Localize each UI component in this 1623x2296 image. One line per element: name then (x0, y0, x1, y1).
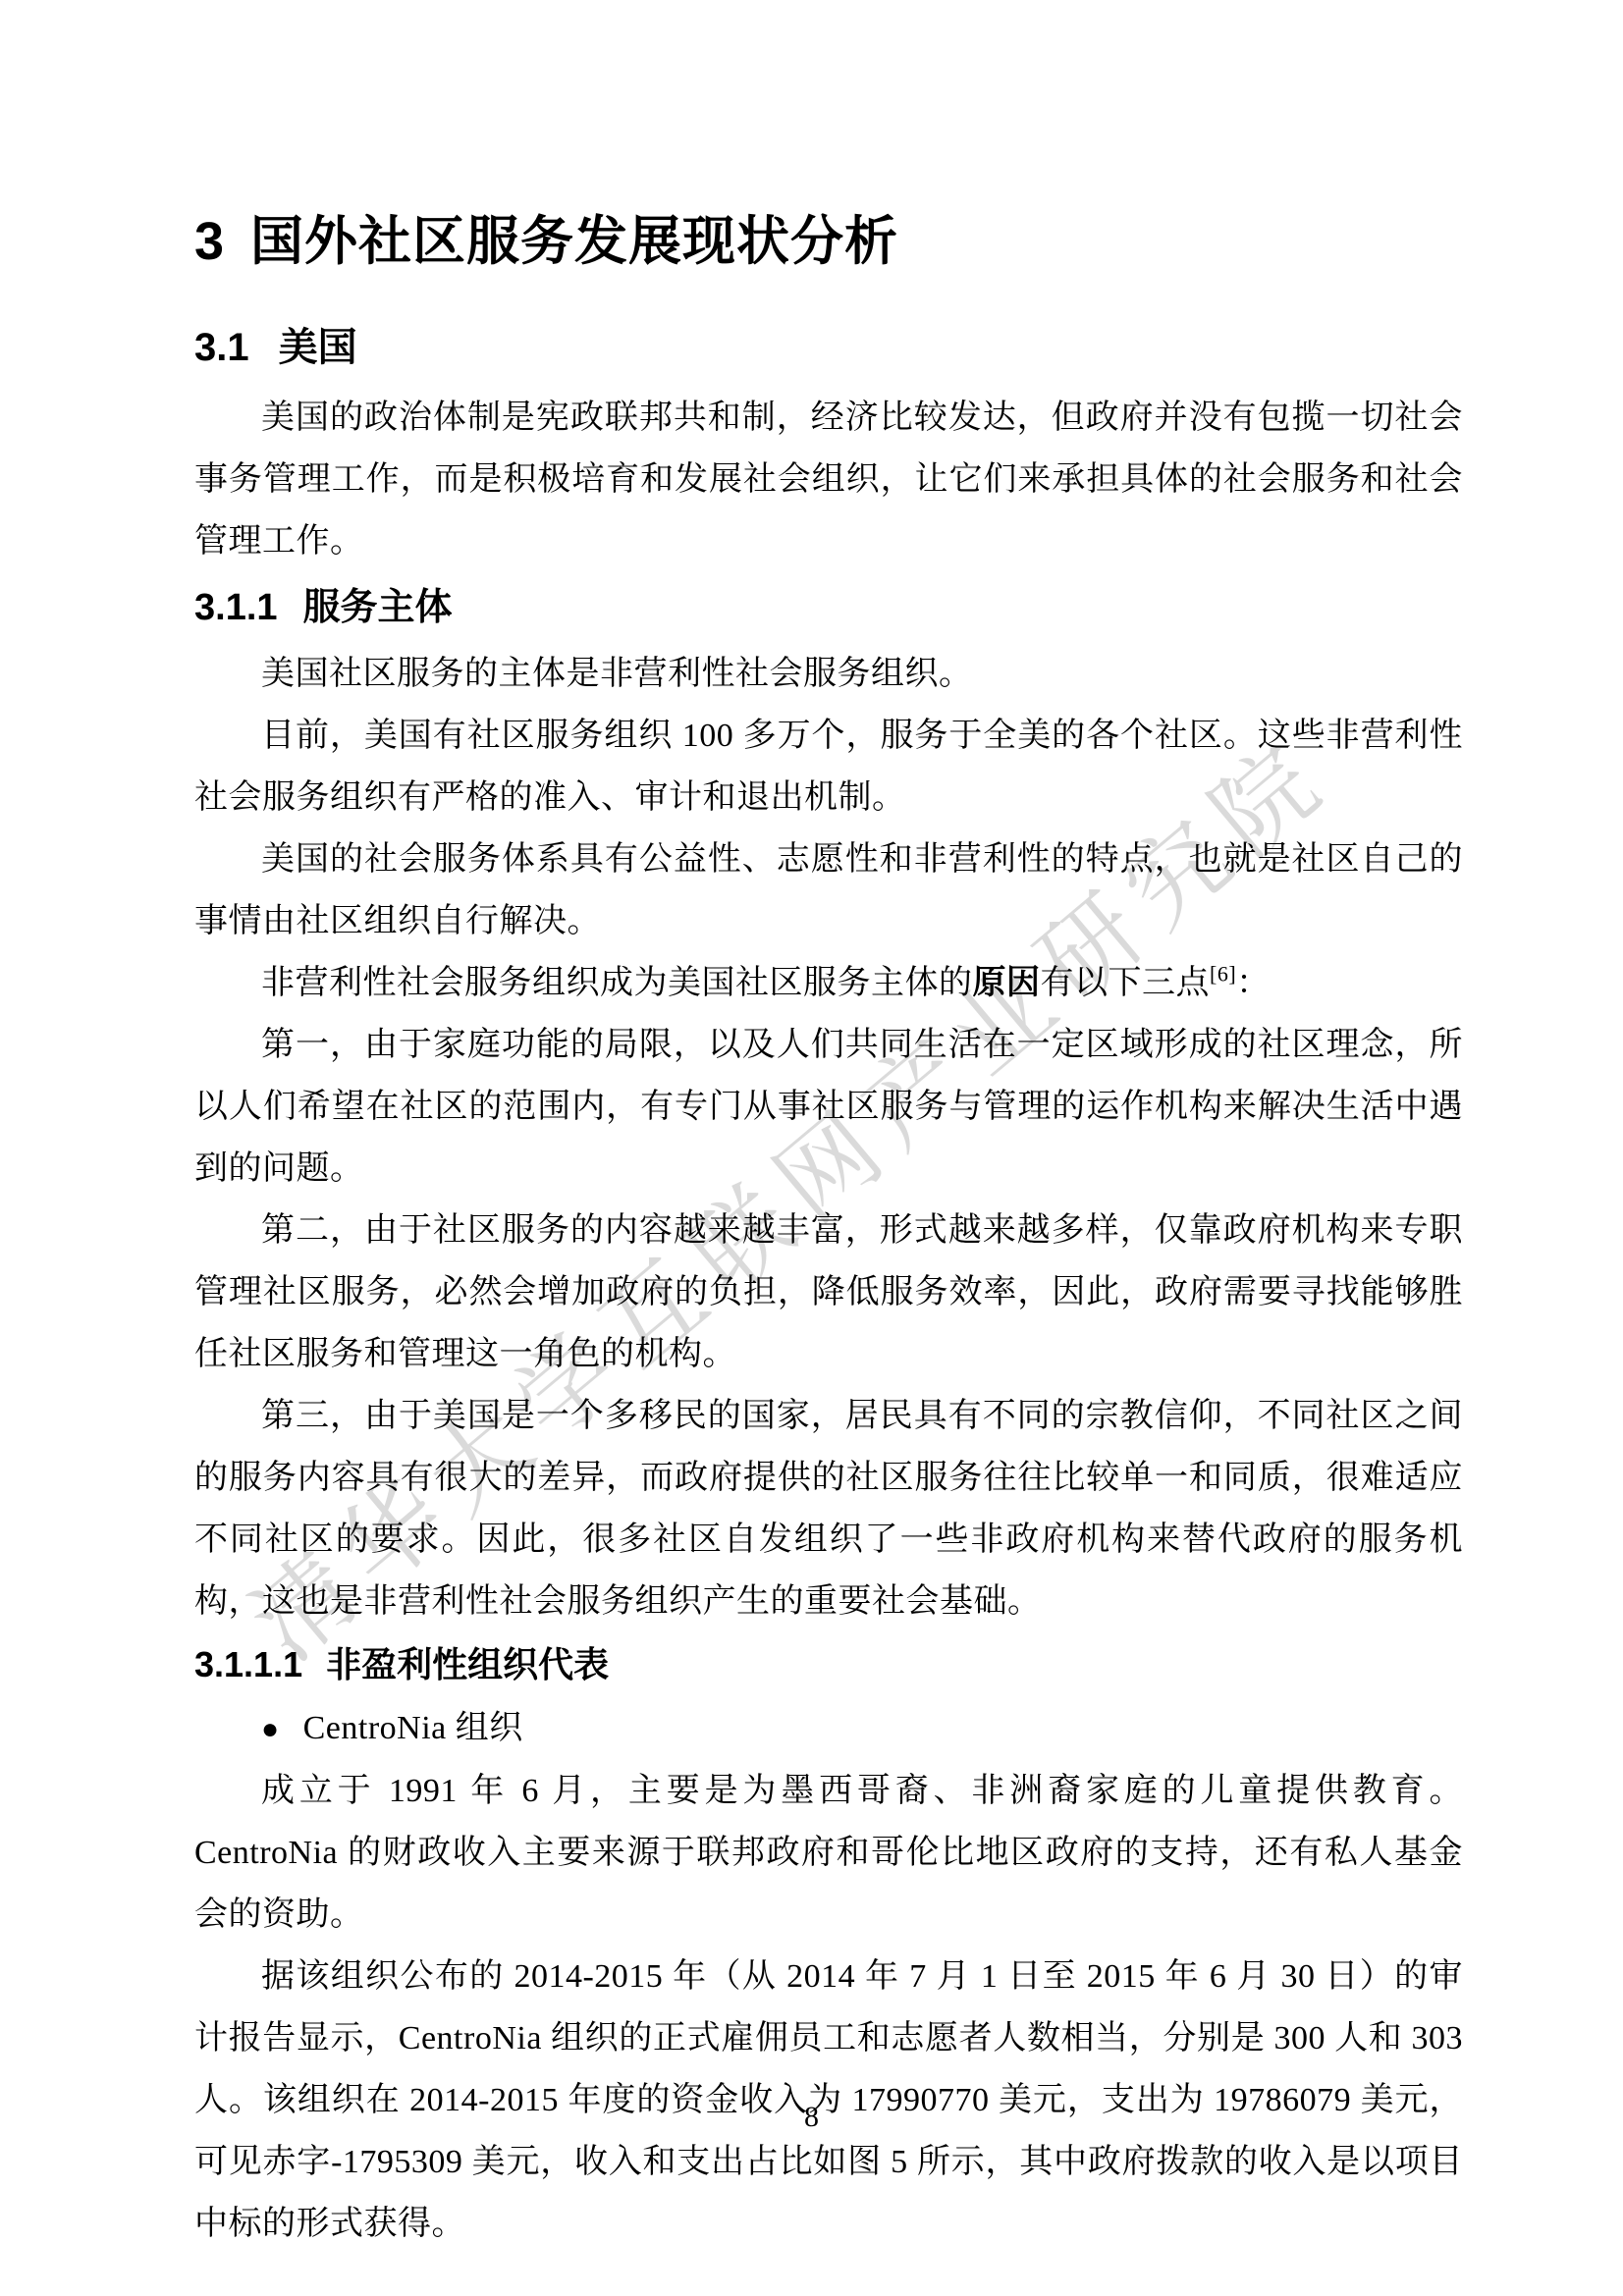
section-heading-3-1: 3.1美国 (194, 320, 1463, 375)
footnote-marker-6: [6] (1210, 962, 1236, 987)
para-reason-3: 第三，由于美国是一个多移民的国家，居民具有不同的宗教信仰，不同社区之间的服务内容… (194, 1385, 1463, 1632)
para-reasons-intro: 非营利性社会服务组织成为美国社区服务主体的原因有以下三点[6]： (194, 952, 1463, 1014)
chapter-heading: 3国外社区服务发展现状分析 (194, 206, 1463, 277)
para-reason-1: 第一，由于家庭功能的局限，以及人们共同生活在一定区域形成的社区理念，所以人们希望… (194, 1014, 1463, 1200)
section-title: 美国 (279, 326, 357, 369)
para-service-subject: 美国社区服务的主体是非营利性社会服务组织。 (194, 643, 1463, 705)
chapter-title: 国外社区服务发展现状分析 (250, 212, 898, 271)
subsubsection-number: 3.1.1.1 (194, 1644, 302, 1684)
document-page: 清华大学互联网产业研究院 3国外社区服务发展现状分析 3.1美国 美国的政治体制… (0, 0, 1623, 2296)
para-centronia-founding: 成立于 1991 年 6 月，主要是为墨西哥裔、非洲裔家庭的儿童提供教育。Cen… (194, 1760, 1463, 1946)
bullet-item-centronia: ●CentroNia 组织 (194, 1697, 1463, 1760)
para-reason-2: 第二，由于社区服务的内容越来越丰富，形式越来越多样，仅靠政府机构来专职管理社区服… (194, 1200, 1463, 1385)
reasons-intro-post: ： (1236, 965, 1271, 1001)
reasons-intro-bold: 原因 (973, 965, 1041, 1001)
subsubsection-title: 非盈利性组织代表 (326, 1644, 609, 1684)
section-heading-3-1-1-1: 3.1.1.1非盈利性组织代表 (194, 1638, 1463, 1691)
para-us-political-system: 美国的政治体制是宪政联邦共和制，经济比较发达，但政府并没有包揽一切社会事务管理工… (194, 387, 1463, 572)
page-number: 8 (0, 2101, 1623, 2134)
para-service-system: 美国的社会服务体系具有公益性、志愿性和非营利性的特点，也就是社区自己的事情由社区… (194, 828, 1463, 952)
subsection-title: 服务主体 (303, 587, 453, 628)
para-org-count: 目前，美国有社区服务组织 100 多万个，服务于全美的各个社区。这些非营利性社会… (194, 705, 1463, 828)
bullet-icon: ● (261, 1713, 280, 1745)
page-content: 3国外社区服务发展现状分析 3.1美国 美国的政治体制是宪政联邦共和制，经济比较… (194, 206, 1463, 2255)
section-number: 3.1 (194, 326, 249, 369)
section-heading-3-1-1: 3.1.1服务主体 (194, 580, 1463, 635)
bullet-label: CentroNia 组织 (303, 1710, 523, 1746)
reasons-intro-pre: 非营利性社会服务组织成为美国社区服务主体的 (261, 965, 973, 1001)
subsection-number: 3.1.1 (194, 587, 278, 628)
reasons-intro-mid: 有以下三点 (1041, 965, 1211, 1001)
chapter-number: 3 (194, 212, 225, 271)
